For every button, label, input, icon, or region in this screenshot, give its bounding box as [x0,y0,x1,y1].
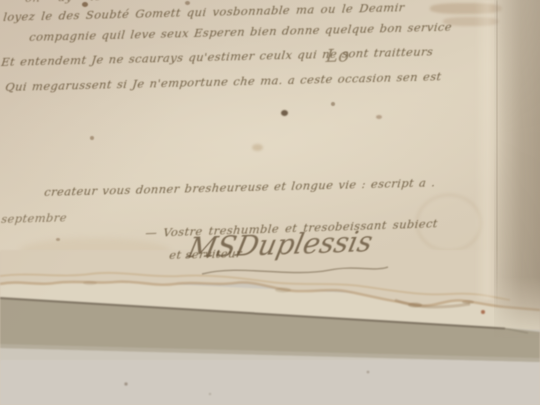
tear-pocket-shadow [83,281,97,285]
rust-speck [481,310,485,314]
page-edge-crease-line [496,0,498,310]
manuscript-photograph: on ay le loyez le des Soubté Gomett qui … [0,0,540,405]
right-shadow-band [494,0,540,338]
handwriting-closing-line-2: septembre [1,210,68,226]
table-speck [367,371,370,374]
signature-flourish-icon [200,262,390,280]
signature: MSDuplessis [185,225,376,265]
table-speck [124,382,127,385]
tear-pocket-shadow [408,303,422,308]
table-front-surface [0,360,540,405]
page-edge-highlight [474,0,496,300]
tear-pocket-shadow [275,288,291,293]
handwriting-flourish-mark: Lo [325,45,351,67]
tear-pocket-shadow [462,300,474,304]
table-speck [209,393,211,395]
